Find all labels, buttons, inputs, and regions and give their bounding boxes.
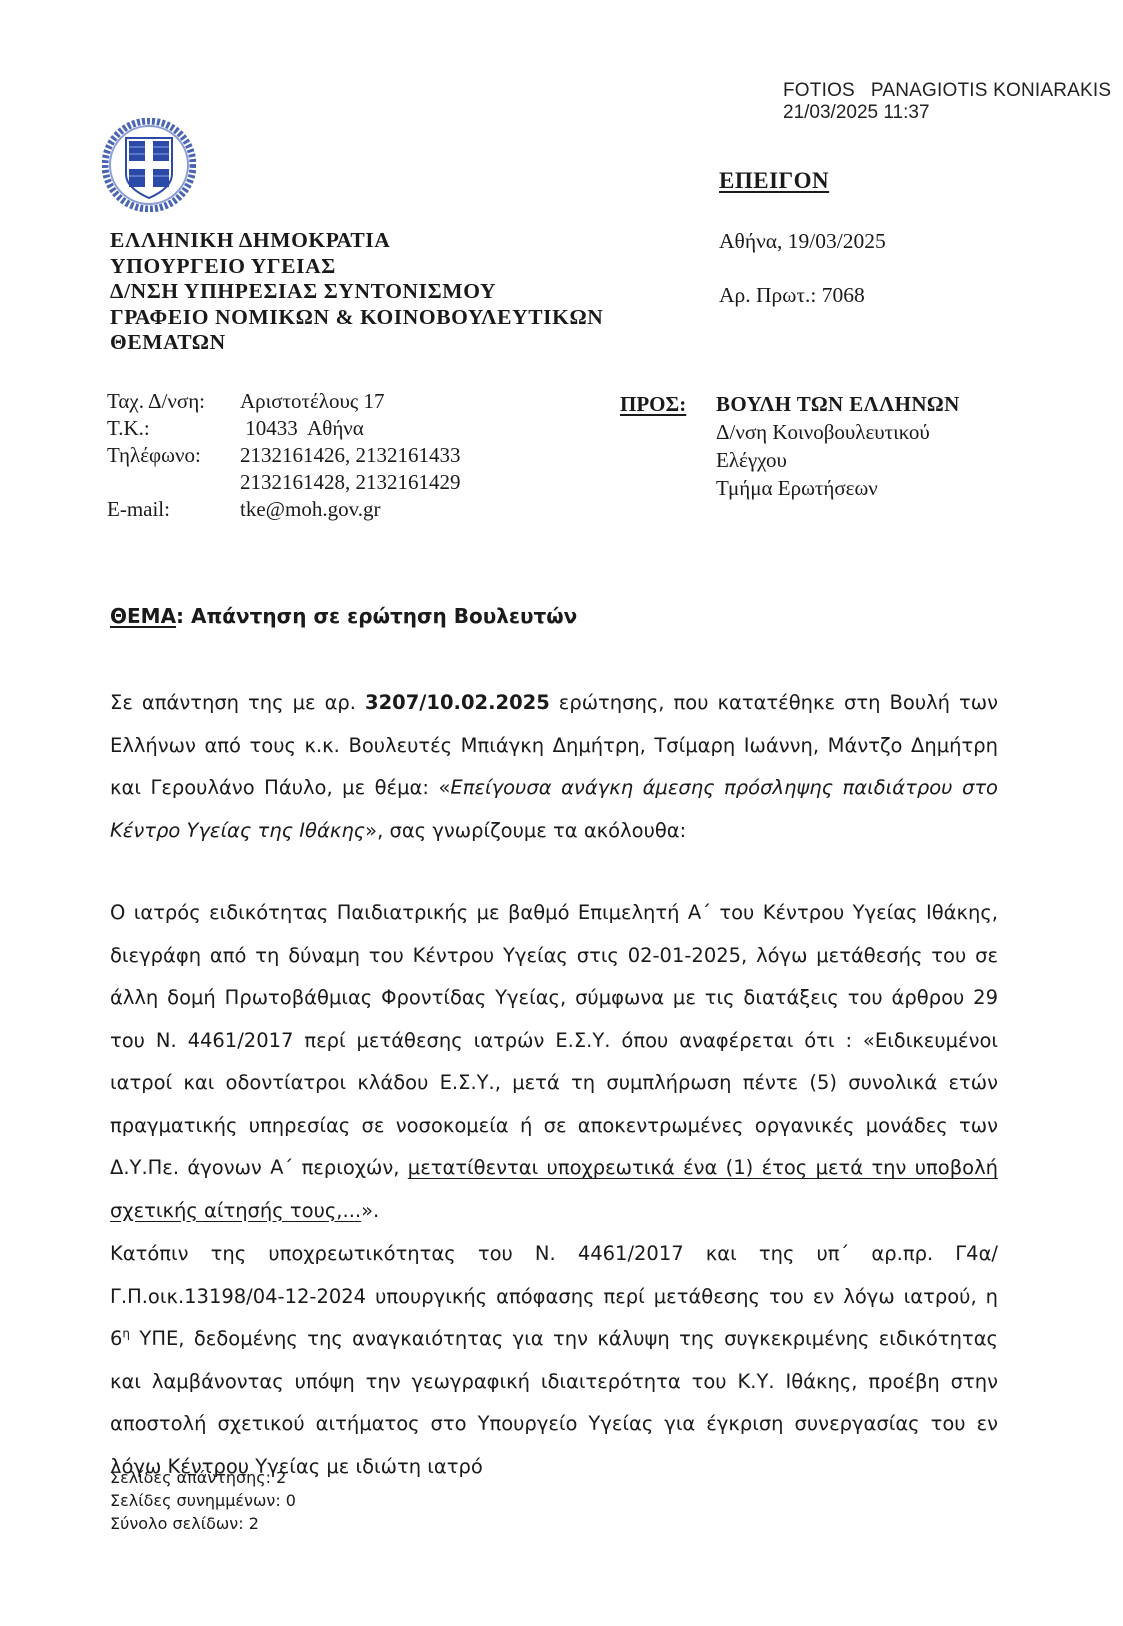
greek-coat-of-arms-icon [102, 118, 196, 212]
contact-label [107, 469, 240, 496]
contact-row-postcode: Τ.Κ.: 10433 Αθήνα [107, 415, 461, 442]
request-text-rest: ΥΠΕ, δεδομένης της αναγκαιότητας για την… [110, 1327, 998, 1478]
contact-value: Αριστοτέλους 17 [240, 388, 384, 415]
subject-label: ΘΕΜΑ [110, 604, 176, 628]
intro-closing: », σας γνωρίζουμε τα ακόλουθα: [365, 819, 686, 842]
contact-row-address: Ταχ. Δ/νση: Αριστοτέλους 17 [107, 388, 461, 415]
paragraph-request: Κατόπιν της υποχρεωτικότητας του Ν. 4461… [110, 1233, 998, 1488]
contact-label: Ταχ. Δ/νση: [107, 388, 240, 415]
signer-first-name: FOTIOS [783, 80, 855, 101]
contact-row-email: E-mail: tke@moh.gov.gr [107, 496, 461, 523]
date-protocol-block: Αθήνα, 19/03/2025 Αρ. Πρωτ.: 7068 [719, 227, 886, 309]
contact-label: Τ.Κ.: [107, 415, 240, 442]
recipient-title: ΒΟΥΛΗ ΤΩΝ ΕΛΛΗΝΩΝ [716, 390, 960, 418]
footer-line: Σελίδες συνημμένων: 0 [110, 1489, 296, 1512]
contact-value: 2132161428, 2132161429 [240, 469, 461, 496]
header-line: ΓΡΑΦΕΙΟ ΝΟΜΙΚΩΝ & ΚΟΙΝΟΒΟΥΛΕΥΤΙΚΩΝ [110, 305, 603, 331]
subject-text: : Απάντηση σε ερώτηση Βουλευτών [176, 604, 577, 628]
subject-line: ΘΕΜΑ: Απάντηση σε ερώτηση Βουλευτών [110, 604, 577, 628]
contact-label: E-mail: [107, 496, 240, 523]
contact-value: 10433 Αθήνα [240, 415, 364, 442]
recipient-line: Δ/νση Κοινοβουλευτικού [716, 418, 960, 446]
recipient-block: ΠΡΟΣ: ΒΟΥΛΗ ΤΩΝ ΕΛΛΗΝΩΝ Δ/νση Κοινοβουλε… [620, 390, 960, 502]
signer-rest-name: PANAGIOTIS KONIARAKIS [871, 80, 1111, 101]
paragraph-intro: Σε απάντηση της με αρ. 3207/10.02.2025 ε… [110, 682, 998, 852]
recipient-line: Ελέγχου [716, 446, 960, 474]
intro-text: Σε απάντηση της με αρ. [110, 691, 365, 714]
contact-email[interactable]: tke@moh.gov.gr [240, 496, 380, 523]
document-date: Αθήνα, 19/03/2025 [719, 227, 886, 255]
paragraph-transfer: Ο ιατρός ειδικότητας Παιδιατρικής με βαθ… [110, 892, 998, 1232]
transfer-text: Ο ιατρός ειδικότητας Παιδιατρικής με βαθ… [110, 901, 998, 1179]
digital-signature-stamp: FOTIOSPANAGIOTIS KONIARAKIS 21/03/2025 1… [783, 80, 1111, 124]
header-line: ΘΕΜΑΤΩΝ [110, 330, 603, 356]
contact-row-phone-2: 2132161428, 2132161429 [107, 469, 461, 496]
header-line: Δ/ΝΣΗ ΥΠΗΡΕΣΙΑΣ ΣΥΝΤΟΝΙΣΜΟΥ [110, 279, 603, 305]
recipient-label: ΠΡΟΣ: [620, 390, 716, 502]
contact-label: Τηλέφωνο: [107, 442, 240, 469]
ministry-header: ΕΛΛΗΝΙΚΗ ΔΗΜΟΚΡΑΤΙΑ ΥΠΟΥΡΓΕΙΟ ΥΓΕΙΑΣ Δ/Ν… [110, 228, 603, 356]
page-count-footer: Σελίδες απάντησης: 2 Σελίδες συνημμένων:… [110, 1466, 296, 1535]
signer-name: FOTIOSPANAGIOTIS KONIARAKIS [783, 80, 1111, 102]
transfer-closing: ». [361, 1199, 379, 1222]
signature-datetime: 21/03/2025 11:37 [783, 102, 1111, 124]
question-number: 3207/10.02.2025 [365, 691, 550, 714]
protocol-number: Αρ. Πρωτ.: 7068 [719, 281, 886, 309]
footer-line: Σύνολο σελίδων: 2 [110, 1512, 296, 1535]
ordinal-superscript: η [122, 1327, 130, 1341]
header-line: ΕΛΛΗΝΙΚΗ ΔΗΜΟΚΡΑΤΙΑ [110, 228, 603, 254]
contact-details: Ταχ. Δ/νση: Αριστοτέλους 17 Τ.Κ.: 10433 … [107, 388, 461, 523]
contact-value: 2132161426, 2132161433 [240, 442, 461, 469]
contact-row-phone: Τηλέφωνο: 2132161426, 2132161433 [107, 442, 461, 469]
urgent-label: ΕΠΕΙΓΟΝ [719, 168, 829, 194]
footer-line: Σελίδες απάντησης: 2 [110, 1466, 296, 1489]
recipient-line: Τμήμα Ερωτήσεων [716, 474, 960, 502]
header-line: ΥΠΟΥΡΓΕΙΟ ΥΓΕΙΑΣ [110, 254, 603, 280]
